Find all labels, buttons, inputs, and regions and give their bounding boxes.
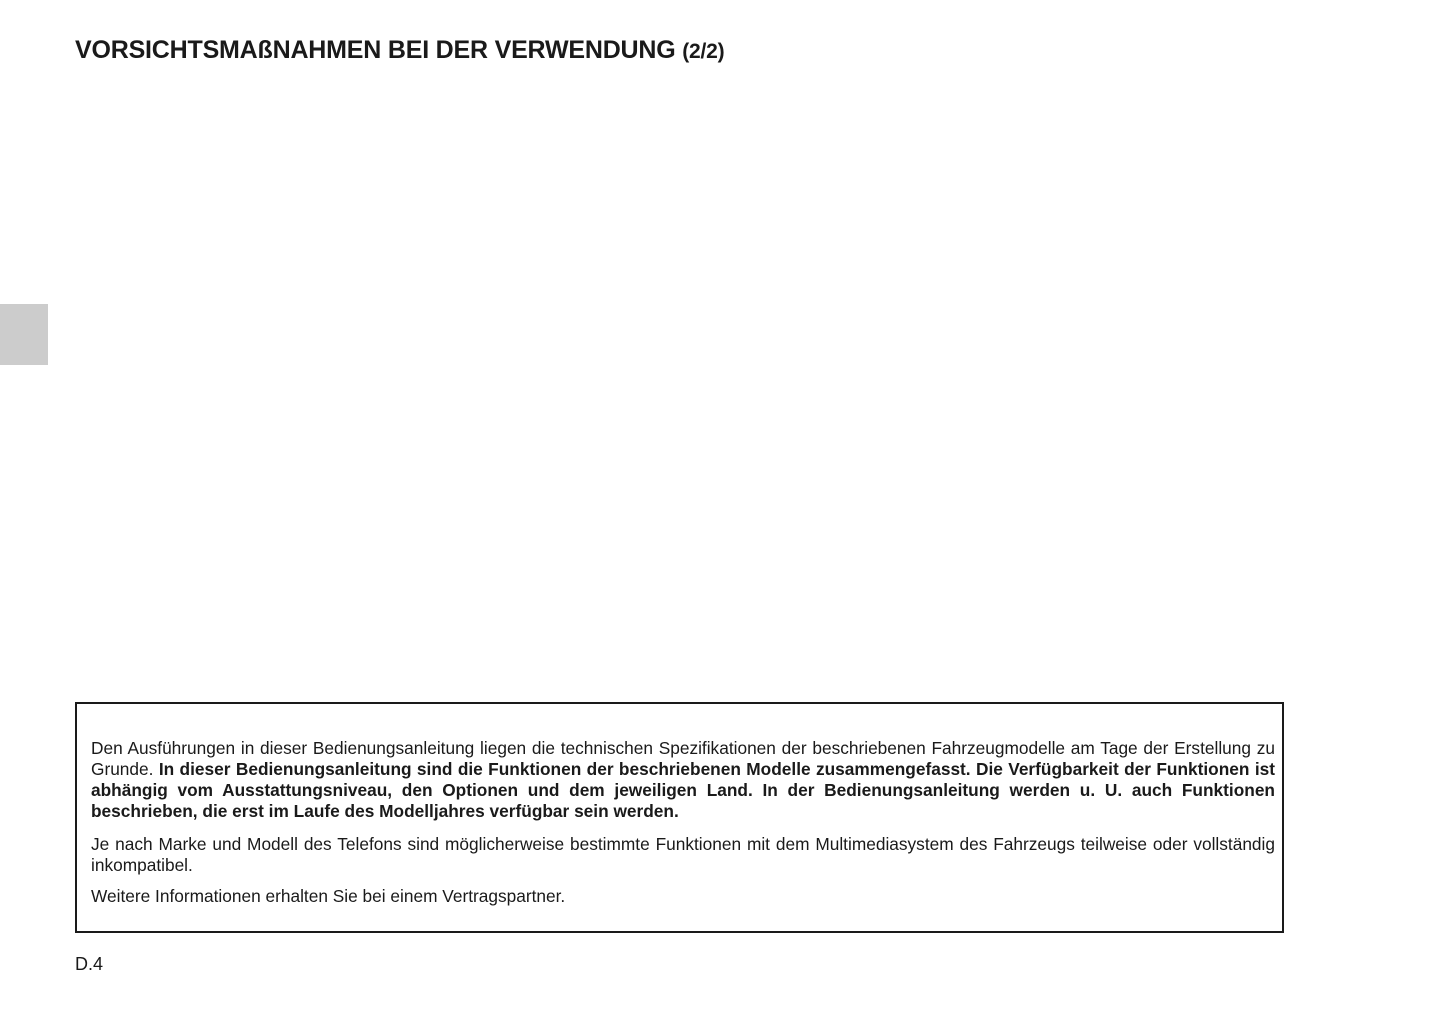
notice-box: Den Ausführungen in dieser Bedienungsanl…: [75, 702, 1284, 933]
notice-paragraph-2: Je nach Marke und Modell des Telefons si…: [91, 834, 1275, 876]
page-title-suffix: (2/2): [682, 40, 724, 63]
page-title-text: VORSICHTSMAßNAHMEN BEI DER VERWENDUNG: [75, 36, 676, 64]
page-title: VORSICHTSMAßNAHMEN BEI DER VERWENDUNG (2…: [75, 36, 724, 65]
notice-paragraph-1: Den Ausführungen in dieser Bedienungsanl…: [91, 738, 1275, 822]
notice-paragraph-1-bold: In dieser Bedienungsanleitung sind die F…: [91, 759, 1275, 821]
section-tab-marker: [0, 304, 48, 365]
page-number: D.4: [75, 954, 103, 975]
notice-paragraph-3: Weitere Informationen erhalten Sie bei e…: [91, 886, 1275, 907]
